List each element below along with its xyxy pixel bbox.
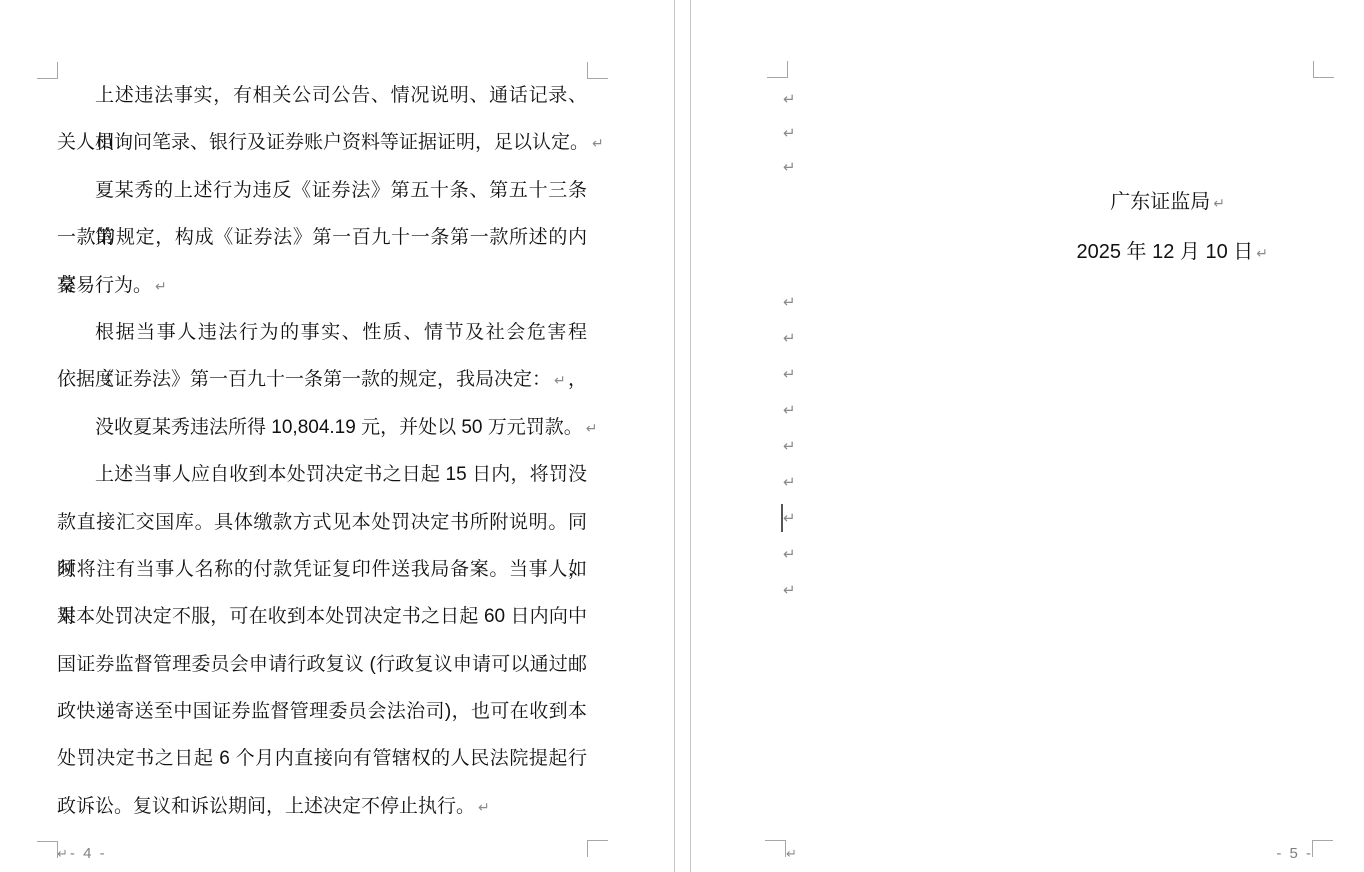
paragraph-mark-icon: ↵ (589, 136, 604, 152)
paragraph-mark-icon: ↵ (152, 279, 167, 295)
page-4-right-edge (674, 0, 675, 872)
document-line[interactable]: 没收夏某秀违法所得 10,804.19 元，并处以 50 万元罚款。↵ (57, 404, 587, 451)
signature-block[interactable]: 广东证监局↵ 2025 年 12 月 10 日↵ (787, 177, 1313, 277)
paragraph-mark-icon: ↵ (783, 572, 796, 608)
document-line[interactable]: 依据《证券法》第一百九十一条第一款的规定，我局决定：↵ (57, 356, 587, 403)
paragraph-mark-icon: ↵ (783, 392, 796, 428)
page-5-left-edge (690, 0, 691, 872)
document-line[interactable]: 款直接汇交国库。具体缴款方式见本处罚决定书所附说明。同时， (57, 499, 587, 546)
paragraph-mark-icon: ↵ (583, 421, 598, 437)
paragraph-mark-icon: ↵ (783, 464, 796, 500)
crop-mark-page5-bottom-left (765, 840, 786, 857)
document-line[interactable]: 关人员询问笔录、银行及证券账户资料等证据证明，足以认定。↵ (57, 119, 587, 166)
paragraph-mark-icon: ↵ (551, 373, 566, 389)
crop-mark-page5-top-left (767, 61, 788, 78)
paragraph-mark-icon: ↵ (783, 320, 796, 356)
crop-mark-page4-bottom-right (587, 840, 608, 857)
page-5-empty-paragraphs-bottom[interactable]: ↵ ↵ ↵ ↵ ↵ ↵ ↵ ↵ ↵ (783, 284, 796, 608)
crop-mark-page4-bottom-left (37, 841, 58, 858)
paragraph-mark-icon: ↵ (57, 847, 70, 862)
paragraph-mark-icon: ↵ (475, 800, 490, 816)
paragraph-mark-icon: ↵ (783, 428, 796, 464)
text-cursor (781, 504, 783, 532)
crop-mark-page4-top-right (587, 62, 608, 79)
document-line[interactable]: 对本处罚决定不服，可在收到本处罚决定书之日起 60 日内向中 (57, 593, 587, 640)
page-4-footer: ↵- 4 - (57, 845, 107, 862)
page-4-body-text[interactable]: 上述违法事实，有相关公司公告、情况说明、通话记录、相 关人员询问笔录、银行及证券… (57, 72, 587, 830)
paragraph-mark-icon: ↵ (1253, 246, 1268, 262)
document-line[interactable]: 国证券监督管理委员会申请行政复议 (行政复议申请可以通过邮 (57, 641, 587, 688)
document-line[interactable]: 上述当事人应自收到本处罚决定书之日起 15 日内，将罚没 (57, 451, 587, 498)
paragraph-mark-icon: ↵ (783, 82, 796, 116)
page-5-empty-paragraphs-top[interactable]: ↵ ↵ ↵ (783, 82, 796, 184)
document-line[interactable]: 政诉讼。复议和诉讼期间，上述决定不停止执行。↵ (57, 783, 587, 830)
document-line[interactable]: 根据当事人违法行为的事实、性质、情节及社会危害程度， (57, 309, 587, 356)
paragraph-mark-icon: ↵ (783, 536, 796, 572)
paragraph-mark-icon: ↵ (783, 284, 796, 320)
paragraph-mark-icon: ↵ (783, 116, 796, 150)
document-line[interactable]: 一款的规定，构成《证券法》第一百九十一条第一款所述的内幕 (57, 214, 587, 261)
document-line[interactable]: 交易行为。↵ (57, 262, 587, 309)
crop-mark-page4-top-left (37, 62, 58, 79)
page-number: - 5 - (1276, 845, 1313, 862)
crop-mark-page5-bottom-right (1312, 840, 1333, 857)
paragraph-mark-icon: ↵ (783, 500, 796, 536)
crop-mark-page5-top-right (1313, 61, 1334, 78)
page-5-footer: - 5 - (787, 845, 1313, 862)
document-line[interactable]: 处罚决定书之日起 6 个月内直接向有管辖权的人民法院提起行 (57, 735, 587, 782)
document-line[interactable]: 夏某秀的上述行为违反《证券法》第五十条、第五十三条第 (57, 167, 587, 214)
document-line[interactable]: 须将注有当事人名称的付款凭证复印件送我局备案。当事人如果 (57, 546, 587, 593)
page-number: - 4 - (70, 845, 107, 862)
document-line[interactable]: 政快递寄送至中国证券监督管理委员会法治司)，也可在收到本 (57, 688, 587, 735)
signature-org[interactable]: 广东证监局↵ (787, 177, 1313, 227)
paragraph-mark-icon: ↵ (783, 356, 796, 392)
document-line[interactable]: 上述违法事实，有相关公司公告、情况说明、通话记录、相 (57, 72, 587, 119)
signature-date[interactable]: 2025 年 12 月 10 日↵ (787, 227, 1313, 277)
paragraph-mark-icon: ↵ (1210, 196, 1225, 212)
